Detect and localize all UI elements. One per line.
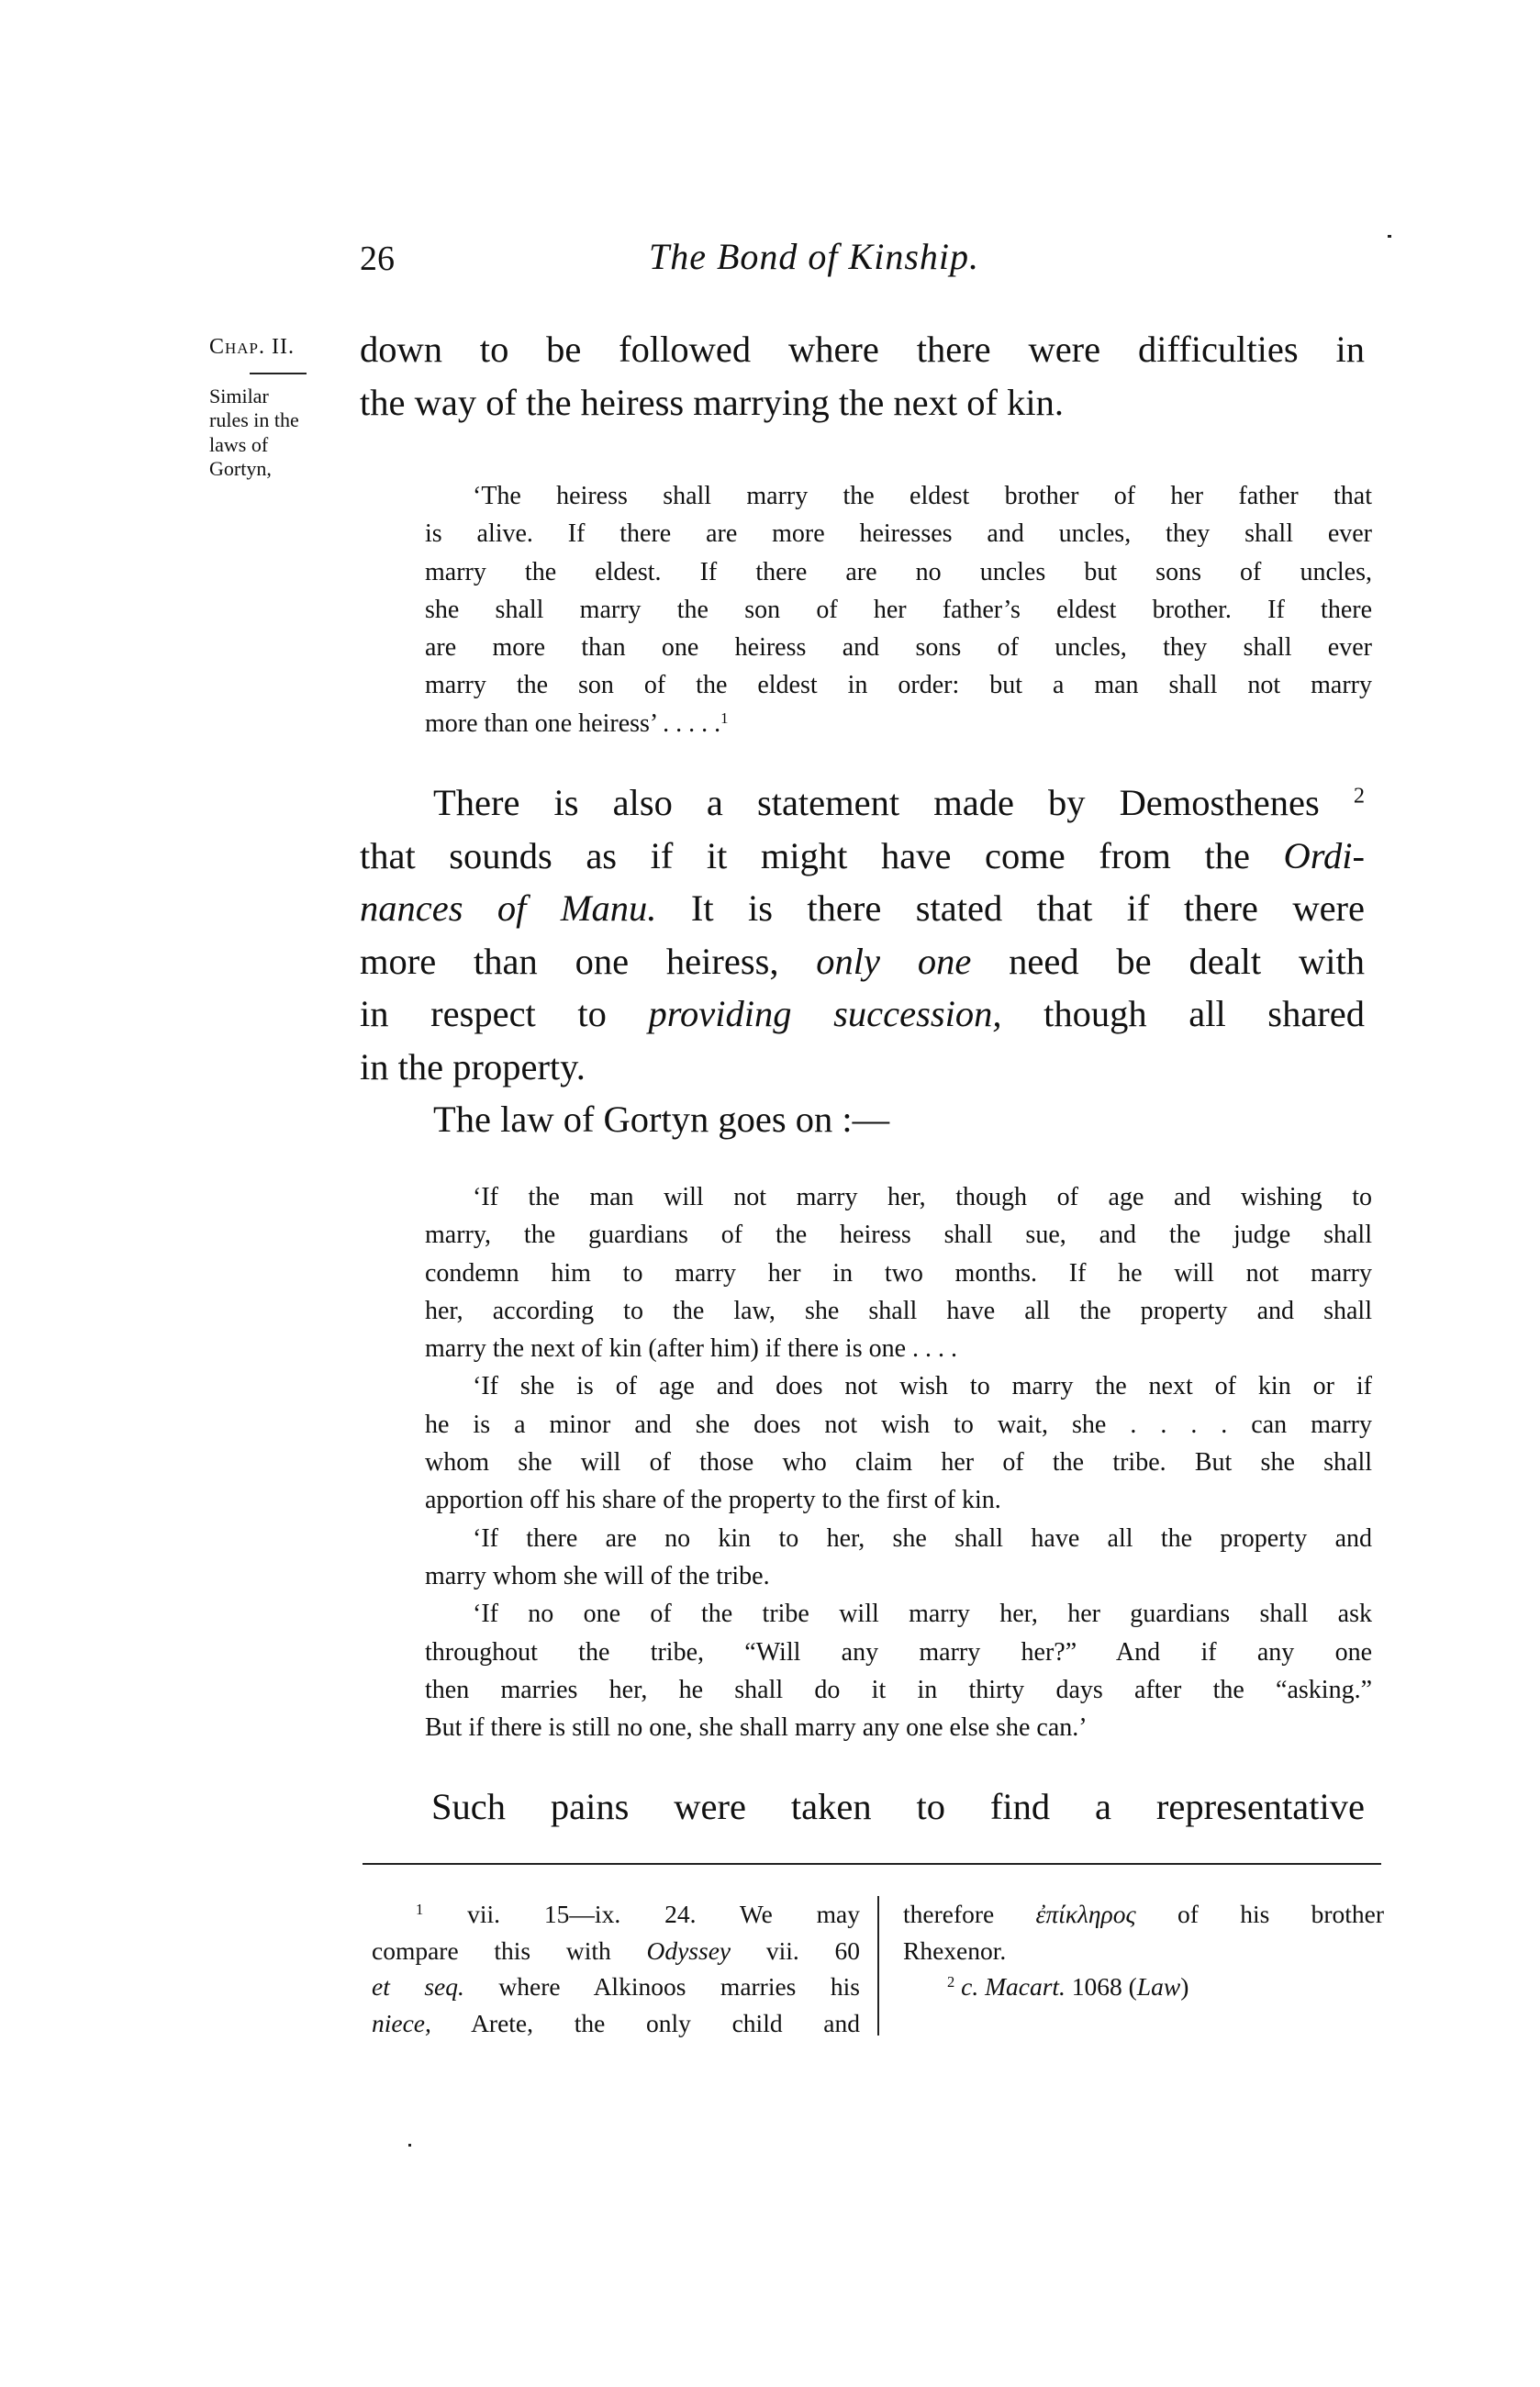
- paragraph-demosthenes: There is also a statement made by Demost…: [360, 776, 1365, 1146]
- footnote-line: et seq. where Alkinoos marries his: [372, 1969, 860, 2005]
- text-run: need be dealt with: [971, 941, 1365, 982]
- text-run: where Alkinoos marries his: [464, 1972, 860, 2001]
- quote-line-text: more than one heiress’ . . . . .: [425, 709, 720, 738]
- quote-line: he is a minor and she does not wish to w…: [425, 1406, 1372, 1444]
- italic-run: niece,: [372, 2009, 431, 2037]
- quote-line: marry the eldest. If there are no uncles…: [425, 553, 1372, 591]
- quote-line: throughout the tribe, “Will any marry he…: [425, 1634, 1372, 1671]
- body-line: There is also a statement made by Demost…: [360, 776, 1365, 830]
- body-line: The law of Gortyn goes on :—: [360, 1093, 1365, 1146]
- text-run: therefore: [903, 1900, 1036, 1928]
- text-run: compare this with: [372, 1936, 646, 1965]
- text-run: 1068 (: [1066, 1972, 1137, 2001]
- margin-gloss-line: rules in the: [209, 408, 347, 433]
- footnote-line: Rhexenor.: [903, 1933, 1384, 1969]
- scan-speck: [408, 2144, 411, 2147]
- body-line: more than one heiress, only one need be …: [360, 935, 1365, 988]
- text-run: in respect to: [360, 993, 649, 1034]
- body-line: in respect to providing succession, thou…: [360, 987, 1365, 1041]
- text-run: of his brother: [1136, 1900, 1384, 1928]
- text-run: vii. 15—ix. 24. We may: [467, 1900, 860, 1928]
- quote-line: marry, the guardians of the heiress shal…: [425, 1216, 1372, 1254]
- footnote-line: niece, Arete, the only child and: [372, 2005, 860, 2042]
- chapter-rule: [250, 373, 307, 374]
- body-line: Such pains were taken to find a represen…: [431, 1780, 1365, 1834]
- page-number: 26: [360, 240, 395, 277]
- footnote-ref-1[interactable]: 1: [720, 709, 728, 727]
- margin-gloss-line: laws of: [209, 433, 347, 458]
- quote-line: ‘The heiress shall marry the eldest brot…: [425, 477, 1372, 515]
- text-run: Arete, the only child and: [431, 2009, 860, 2037]
- quote-line: then marries her, he shall do it in thir…: [425, 1671, 1372, 1709]
- footnote-line: compare this with Odyssey vii. 60: [372, 1933, 860, 1969]
- margin-gloss-line: Similar: [209, 385, 347, 409]
- text-run: It is there stated that if there were: [656, 887, 1365, 929]
- footnote-line: 2 c. Macart. 1068 (Law): [903, 1969, 1384, 2005]
- scan-speck: [1388, 235, 1391, 238]
- footnote-1: 1 vii. 15—ix. 24. We may compare this wi…: [372, 1896, 860, 2041]
- footnote-continued-and-2: therefore ἐπίκληρος of his brother Rhexe…: [903, 1896, 1384, 2005]
- quote-line: ‘If the man will not marry her, though o…: [425, 1178, 1372, 1216]
- quote-line: ‘If no one of the tribe will marry her, …: [425, 1595, 1372, 1633]
- italic-run: Law: [1137, 1972, 1180, 2001]
- quote-line: marry the son of the eldest in order: bu…: [425, 666, 1372, 704]
- chapter-label: Chap. II.: [209, 335, 347, 360]
- quote-line: ‘If there are no kin to her, she shall h…: [425, 1520, 1372, 1557]
- text-run: There is also a statement made by Demost…: [433, 782, 1320, 823]
- paragraph-such-pains: Such pains were taken to find a represen…: [431, 1780, 1365, 1834]
- italic-run: providing succession,: [649, 993, 1002, 1034]
- text-run: ): [1180, 1972, 1188, 2001]
- italic-run: nances of Manu.: [360, 887, 656, 929]
- quote-line: condemn him to marry her in two months. …: [425, 1255, 1372, 1292]
- footnote-line: 1 vii. 15—ix. 24. We may: [372, 1896, 860, 1933]
- text-run: vii. 60: [731, 1936, 860, 1965]
- quote-line: more than one heiress’ . . . . .1: [425, 705, 1372, 742]
- block-quote-gortyn-2: ‘If the man will not marry her, though o…: [425, 1178, 1372, 1746]
- quote-line: apportion off his share of the property …: [425, 1481, 1372, 1519]
- text-run: that sounds as if it might have come fro…: [360, 835, 1250, 876]
- text-run: more than one heiress,: [360, 941, 816, 982]
- margin-note: Chap. II. Similar rules in the laws of G…: [209, 335, 347, 482]
- running-title: The Bond of Kinship.: [649, 237, 979, 277]
- quote-line: ‘If she is of age and does not wish to m…: [425, 1367, 1372, 1405]
- quote-line: is alive. If there are more heiresses an…: [425, 515, 1372, 552]
- quote-line: are more than one heiress and sons of un…: [425, 629, 1372, 666]
- italic-run: only one: [816, 941, 971, 982]
- text-run: though all shared: [1001, 993, 1365, 1034]
- quote-line: But if there is still no one, she shall …: [425, 1709, 1372, 1746]
- footnote-marker-2: 2: [947, 1973, 954, 1991]
- paragraph-continued: down to be followed where there were dif…: [360, 323, 1365, 429]
- italic-run: Odyssey: [646, 1936, 731, 1965]
- quote-line: she shall marry the son of her father’s …: [425, 591, 1372, 629]
- italic-run: et seq.: [372, 1972, 464, 2001]
- footnote-column-divider: [877, 1896, 879, 2036]
- quote-line: marry the next of kin (after him) if the…: [425, 1330, 1372, 1367]
- body-line: in the property.: [360, 1041, 1365, 1094]
- body-line: the way of the heiress marrying the next…: [360, 376, 1365, 429]
- body-line: down to be followed where there were dif…: [360, 323, 1365, 376]
- footnote-ref-2[interactable]: 2: [1354, 784, 1365, 809]
- margin-gloss-line: Gortyn,: [209, 457, 347, 482]
- italic-run: Ordi-: [1284, 835, 1366, 876]
- quote-line: her, according to the law, she shall hav…: [425, 1292, 1372, 1330]
- body-line: nances of Manu. It is there stated that …: [360, 882, 1365, 935]
- footnote-line: therefore ἐπίκληρος of his brother: [903, 1896, 1384, 1933]
- italic-run: c. Macart.: [961, 1972, 1066, 2001]
- footnote-marker-1: 1: [416, 1901, 423, 1918]
- quote-line: marry whom she will of the tribe.: [425, 1557, 1372, 1595]
- body-line: that sounds as if it might have come fro…: [360, 830, 1365, 883]
- footnote-rule: [363, 1863, 1381, 1865]
- quote-line: whom she will of those who claim her of …: [425, 1444, 1372, 1481]
- greek-run: ἐπίκληρος: [1036, 1900, 1136, 1928]
- block-quote-gortyn-1: ‘The heiress shall marry the eldest brot…: [425, 477, 1372, 742]
